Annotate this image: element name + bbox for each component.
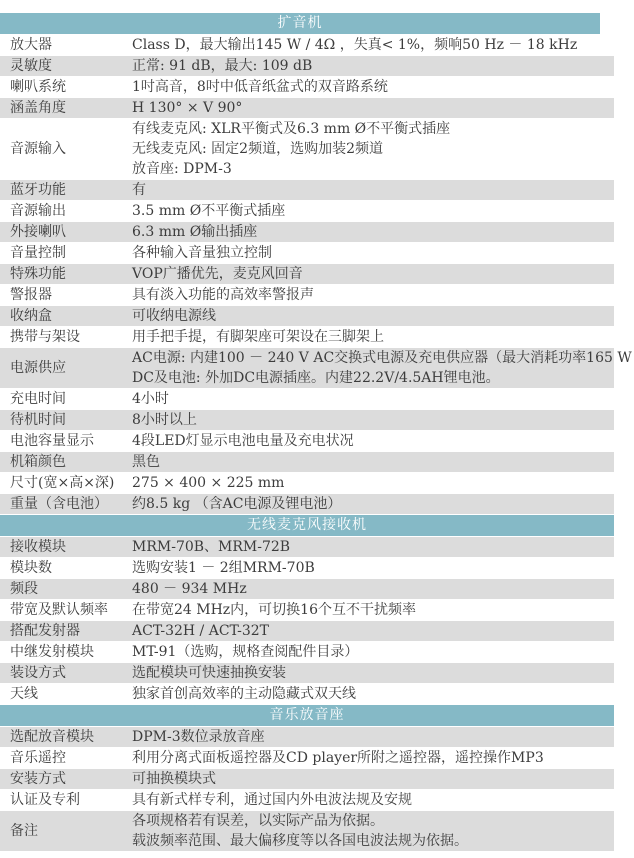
- spec-value: 275 × 400 × 225 mm: [132, 473, 614, 493]
- spec-value: 480 － 934 MHz: [132, 579, 614, 599]
- spec-row: 搭配发射器ACT-32H / ACT-32T: [0, 621, 614, 641]
- spec-label: 机箱颜色: [0, 452, 132, 472]
- spec-value-line: 选购安装1 － 2组MRM-70B: [132, 558, 614, 578]
- spec-value: Class D，最大输出145 W / 4Ω ，失真< 1%，频响50 Hz －…: [132, 35, 614, 55]
- spec-row: 警报器具有淡入功能的高效率警报声: [0, 285, 614, 305]
- spec-value: 各项规格若有误差，以实际产品为依据。载波频率范围、最大偏移度等以各国电波法规为依…: [132, 811, 614, 851]
- spec-value-line: 可抽换模块式: [132, 769, 614, 789]
- spec-row: 放大器Class D，最大输出145 W / 4Ω ，失真< 1%，频响50 H…: [0, 35, 614, 55]
- spec-label: 喇叭系统: [0, 77, 132, 97]
- spec-row: 音源输出3.5 mm Ø不平衡式插座: [0, 201, 614, 221]
- spec-label: 天线: [0, 684, 132, 704]
- spec-row: 带宽及默认频率在带宽24 MHz内，可切换16个互不干扰频率: [0, 600, 614, 620]
- spec-value: 选购安装1 － 2组MRM-70B: [132, 558, 614, 578]
- spec-table: 扩音机放大器Class D，最大输出145 W / 4Ω ，失真< 1%，频响5…: [0, 0, 634, 851]
- spec-value: 3.5 mm Ø不平衡式插座: [132, 201, 614, 221]
- spec-value-line: 可收纳电源线: [132, 306, 614, 326]
- spec-label: 重量（含电池）: [0, 494, 132, 514]
- spec-row: 中继发射模块MT-91（选购，规格查阅配件目录）: [0, 642, 614, 662]
- spec-row: 音源输入有线麦克风: XLR平衡式及6.3 mm Ø不平衡式插座无线麦克风: 固…: [0, 119, 614, 179]
- spec-row: 安装方式可抽换模块式: [0, 769, 614, 789]
- spec-label: 充电时间: [0, 389, 132, 409]
- section-header: 扩音机: [0, 13, 600, 34]
- spec-value: 可抽换模块式: [132, 769, 614, 789]
- spec-label: 音量控制: [0, 243, 132, 263]
- spec-value-line: MRM-70B、MRM-72B: [132, 537, 614, 557]
- spec-label: 灵敏度: [0, 56, 132, 76]
- spec-value: 1吋高音，8吋中低音纸盆式的双音路系统: [132, 77, 614, 97]
- spec-value-line: 4小时: [132, 389, 614, 409]
- spec-label: 装设方式: [0, 663, 132, 683]
- spec-value: 具有新式样专利，通过国内外电波法规及安规: [132, 790, 614, 810]
- spec-value-line: VOP广播优先，麦克风回音: [132, 264, 614, 284]
- spec-value: AC电源: 内建100 － 240 V AC交换式电源及充电供应器（最大消耗功率…: [132, 348, 614, 388]
- spec-value: 4小时: [132, 389, 614, 409]
- spec-label: 电源供应: [0, 358, 132, 378]
- spec-value-line: 480 － 934 MHz: [132, 579, 614, 599]
- spec-row: 认证及专利具有新式样专利，通过国内外电波法规及安规: [0, 790, 614, 810]
- spec-value-line: 6.3 mm Ø输出插座: [132, 222, 614, 242]
- spec-label: 认证及专利: [0, 790, 132, 810]
- spec-value-line: 4段LED灯显示电池电量及充电状况: [132, 431, 614, 451]
- spec-value: DPM-3数位录放音座: [132, 727, 614, 747]
- spec-value: 可收纳电源线: [132, 306, 614, 326]
- spec-value-line: 用手把手提，有脚架座可架设在三脚架上: [132, 327, 614, 347]
- spec-label: 外接喇叭: [0, 222, 132, 242]
- spec-value-line: H 130° × V 90°: [132, 98, 614, 118]
- spec-label: 携带与架设: [0, 327, 132, 347]
- spec-value-line: 在带宽24 MHz内，可切换16个互不干扰频率: [132, 600, 614, 620]
- spec-value: 黑色: [132, 452, 614, 472]
- spec-label: 音乐遥控: [0, 748, 132, 768]
- spec-value-line: 黑色: [132, 452, 614, 472]
- spec-value: 约8.5 kg （含AC电源及锂电池）: [132, 494, 614, 514]
- spec-value: 利用分离式面板遥控器及CD player所附之遥控器，遥控操作MP3: [132, 748, 614, 768]
- spec-row: 备注各项规格若有误差，以实际产品为依据。载波频率范围、最大偏移度等以各国电波法规…: [0, 811, 614, 851]
- spec-value-line: 正常: 91 dB，最大: 109 dB: [132, 56, 614, 76]
- spec-value-line: 有线麦克风: XLR平衡式及6.3 mm Ø不平衡式插座: [132, 119, 614, 139]
- spec-value-line: ACT-32H / ACT-32T: [132, 621, 614, 641]
- spec-label: 选配放音模块: [0, 727, 132, 747]
- spec-label: 接收模块: [0, 537, 132, 557]
- spec-value-line: DC及电池: 外加DC电源插座。内建22.2V/4.5AH锂电池。: [132, 368, 614, 388]
- spec-row: 电池容量显示4段LED灯显示电池电量及充电状况: [0, 431, 614, 451]
- spec-row: 外接喇叭6.3 mm Ø输出插座: [0, 222, 614, 242]
- spec-row: 特殊功能VOP广播优先，麦克风回音: [0, 264, 614, 284]
- spec-row: 携带与架设用手把手提，有脚架座可架设在三脚架上: [0, 327, 614, 347]
- spec-label: 音源输入: [0, 139, 132, 159]
- spec-label: 特殊功能: [0, 264, 132, 284]
- spec-row: 涵盖角度H 130° × V 90°: [0, 98, 614, 118]
- spec-row: 音量控制各种输入音量独立控制: [0, 243, 614, 263]
- spec-value-line: 独家首创高效率的主动隐藏式双天线: [132, 684, 614, 704]
- spec-label: 涵盖角度: [0, 98, 132, 118]
- spec-value: ACT-32H / ACT-32T: [132, 621, 614, 641]
- spec-value: 用手把手提，有脚架座可架设在三脚架上: [132, 327, 614, 347]
- spec-label: 中继发射模块: [0, 642, 132, 662]
- spec-value-line: 各项规格若有误差，以实际产品为依据。: [132, 811, 614, 831]
- spec-value: 6.3 mm Ø输出插座: [132, 222, 614, 242]
- spec-label: 警报器: [0, 285, 132, 305]
- spec-value-line: 3.5 mm Ø不平衡式插座: [132, 201, 614, 221]
- spec-label: 备注: [0, 821, 132, 841]
- spec-row: 模块数选购安装1 － 2组MRM-70B: [0, 558, 614, 578]
- spec-label: 放大器: [0, 35, 132, 55]
- spec-row: 音乐遥控利用分离式面板遥控器及CD player所附之遥控器，遥控操作MP3: [0, 748, 614, 768]
- spec-value: MRM-70B、MRM-72B: [132, 537, 614, 557]
- spec-value-line: 选配模块可快速抽换安装: [132, 663, 614, 683]
- spec-row: 尺寸(宽×高×深)275 × 400 × 225 mm: [0, 473, 614, 493]
- spec-value-line: 放音座: DPM-3: [132, 159, 614, 179]
- spec-value: VOP广播优先，麦克风回音: [132, 264, 614, 284]
- spec-row: 蓝牙功能有: [0, 180, 614, 200]
- spec-value-line: 利用分离式面板遥控器及CD player所附之遥控器，遥控操作MP3: [132, 748, 614, 768]
- spec-row: 收纳盒可收纳电源线: [0, 306, 614, 326]
- spec-value-line: 1吋高音，8吋中低音纸盆式的双音路系统: [132, 77, 614, 97]
- spec-value-line: Class D，最大输出145 W / 4Ω ，失真< 1%，频响50 Hz －…: [132, 35, 614, 55]
- section-header: 音乐放音座: [0, 705, 614, 726]
- spec-row: 灵敏度正常: 91 dB，最大: 109 dB: [0, 56, 614, 76]
- spec-value: 正常: 91 dB，最大: 109 dB: [132, 56, 614, 76]
- spec-row: 电源供应AC电源: 内建100 － 240 V AC交换式电源及充电供应器（最大…: [0, 348, 614, 388]
- spec-value-line: 约8.5 kg （含AC电源及锂电池）: [132, 494, 614, 514]
- spec-value: H 130° × V 90°: [132, 98, 614, 118]
- spec-value-line: DPM-3数位录放音座: [132, 727, 614, 747]
- spec-row: 天线独家首创高效率的主动隐藏式双天线: [0, 684, 614, 704]
- spec-value: 各种输入音量独立控制: [132, 243, 614, 263]
- spec-label: 安装方式: [0, 769, 132, 789]
- spec-value-line: 载波频率范围、最大偏移度等以各国电波法规为依据。: [132, 831, 614, 851]
- spec-label: 尺寸(宽×高×深): [0, 473, 132, 493]
- spec-value-line: 275 × 400 × 225 mm: [132, 473, 614, 493]
- spec-value-line: 各种输入音量独立控制: [132, 243, 614, 263]
- spec-label: 蓝牙功能: [0, 180, 132, 200]
- spec-value-line: AC电源: 内建100 － 240 V AC交换式电源及充电供应器（最大消耗功率…: [132, 348, 614, 368]
- spec-label: 搭配发射器: [0, 621, 132, 641]
- spec-value-line: 具有淡入功能的高效率警报声: [132, 285, 614, 305]
- section-header: 无线麦克风接收机: [0, 515, 614, 536]
- spec-row: 充电时间4小时: [0, 389, 614, 409]
- spec-row: 装设方式选配模块可快速抽换安装: [0, 663, 614, 683]
- spec-value: 有: [132, 180, 614, 200]
- spec-value-line: 有: [132, 180, 614, 200]
- spec-row: 选配放音模块DPM-3数位录放音座: [0, 727, 614, 747]
- spec-row: 喇叭系统1吋高音，8吋中低音纸盆式的双音路系统: [0, 77, 614, 97]
- spec-row: 接收模块MRM-70B、MRM-72B: [0, 537, 614, 557]
- spec-label: 音源输出: [0, 201, 132, 221]
- spec-row: 频段480 － 934 MHz: [0, 579, 614, 599]
- spec-value: 8小时以上: [132, 410, 614, 430]
- spec-value: 在带宽24 MHz内，可切换16个互不干扰频率: [132, 600, 614, 620]
- spec-value-line: 具有新式样专利，通过国内外电波法规及安规: [132, 790, 614, 810]
- spec-value: 选配模块可快速抽换安装: [132, 663, 614, 683]
- spec-label: 收纳盒: [0, 306, 132, 326]
- spec-value-line: 无线麦克风: 固定2频道，选购加装2频道: [132, 139, 614, 159]
- spec-value: 4段LED灯显示电池电量及充电状况: [132, 431, 614, 451]
- spec-label: 模块数: [0, 558, 132, 578]
- spec-value: 独家首创高效率的主动隐藏式双天线: [132, 684, 614, 704]
- spec-label: 待机时间: [0, 410, 132, 430]
- spec-label: 电池容量显示: [0, 431, 132, 451]
- spec-value: MT-91（选购，规格查阅配件目录）: [132, 642, 614, 662]
- spec-value-line: 8小时以上: [132, 410, 614, 430]
- spec-row: 机箱颜色黑色: [0, 452, 614, 472]
- spec-value: 有线麦克风: XLR平衡式及6.3 mm Ø不平衡式插座无线麦克风: 固定2频道…: [132, 119, 614, 179]
- spec-value-line: MT-91（选购，规格查阅配件目录）: [132, 642, 614, 662]
- spec-label: 频段: [0, 579, 132, 599]
- spec-value: 具有淡入功能的高效率警报声: [132, 285, 614, 305]
- spec-row: 重量（含电池）约8.5 kg （含AC电源及锂电池）: [0, 494, 614, 514]
- spec-row: 待机时间8小时以上: [0, 410, 614, 430]
- spec-label: 带宽及默认频率: [0, 600, 132, 620]
